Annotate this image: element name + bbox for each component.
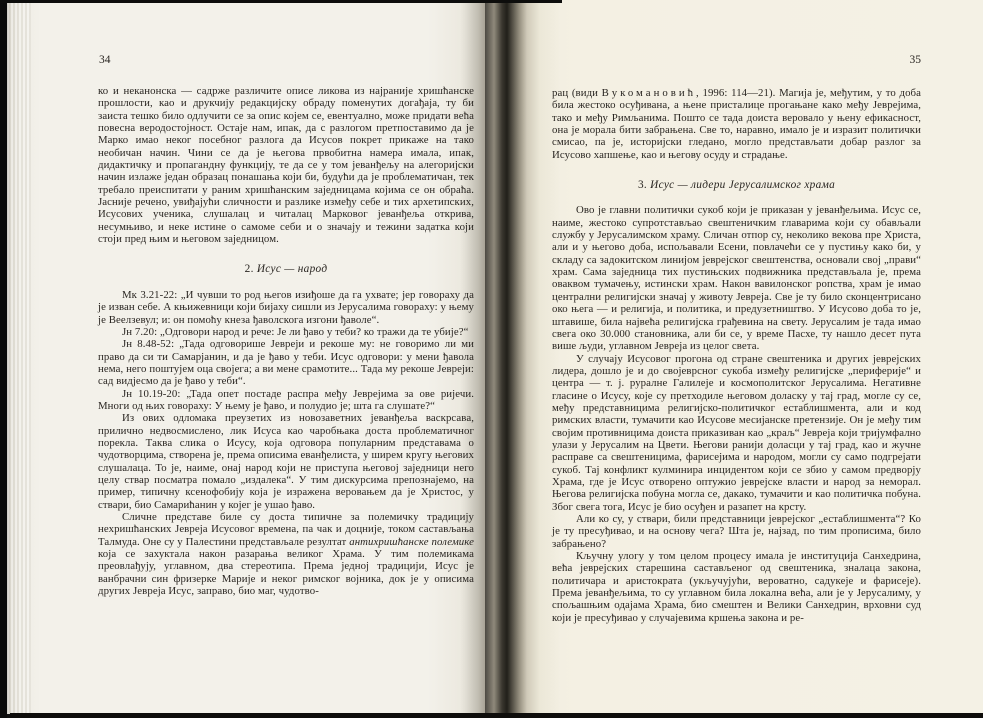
- verse-quote-jn-7-20: Јн 7.20: „Одговори народ и рече: Је ли ђ…: [98, 326, 474, 338]
- heading-title: Исус — лидери Јерусалимског храма: [650, 179, 835, 191]
- book-spine-gutter: [460, 0, 560, 718]
- right-text-column: рац (види Вукомановић, 1996: 114—21). Ма…: [552, 87, 921, 624]
- polemics-text-end: која се захуктала након разарања великог…: [98, 548, 474, 597]
- scan-top-edge: [0, 0, 562, 3]
- section-heading-2: 2. Исус — народ: [98, 263, 474, 275]
- verse-quote-jn-8-48: Јн 8.48-52: „Тада одговорише Јевреји и р…: [98, 338, 474, 387]
- book-spread: 34 ко и неканонска — садрже различите оп…: [0, 0, 983, 718]
- paragraph-sanhedrin: Кључну улогу у том целом процесу имала ј…: [552, 550, 921, 624]
- section-heading-3: 3. Исус — лидери Јерусалимског храма: [552, 179, 921, 191]
- paragraph-establishment-question: Али ко су, у ствари, били представници ј…: [552, 513, 921, 550]
- heading-title: Исус — народ: [257, 263, 328, 275]
- paragraph-polemics: Сличне представе биле су доста типичне з…: [98, 511, 474, 597]
- polemics-italic-term: антихришћанске полемике: [349, 536, 474, 548]
- verse-quote-mk-3-21: Мк 3.21-22: „И чувши то род његов изиђош…: [98, 289, 474, 326]
- paragraph-analysis: Из ових одломака преузетих из новозаветн…: [98, 412, 474, 511]
- paragraph-intro-continuation: ко и неканонска — садрже различите описе…: [98, 85, 474, 245]
- author-citation: Вукомановић: [602, 87, 696, 99]
- paragraph-persecution: У случају Исусовог прогона од стране све…: [552, 353, 921, 513]
- heading-number: 3.: [638, 179, 647, 191]
- heading-number: 2.: [245, 263, 254, 275]
- page-number-right: 35: [552, 54, 921, 66]
- verse-quote-jn-10-19: Јн 10.19-20: „Тада опет постаде распра м…: [98, 388, 474, 413]
- scan-bottom-edge: [10, 713, 983, 718]
- paragraph-temple-conflict: Ово је главни политички сукоб који је пр…: [552, 204, 921, 352]
- paragraph-intro-continuation: рац (види Вукомановић, 1996: 114—21). Ма…: [552, 87, 921, 161]
- scan-left-edge: [0, 0, 7, 718]
- intro-text-start: рац (види: [552, 87, 602, 99]
- left-text-column: ко и неканонска — садрже различите описе…: [98, 85, 474, 597]
- page-number-left: 34: [99, 54, 111, 66]
